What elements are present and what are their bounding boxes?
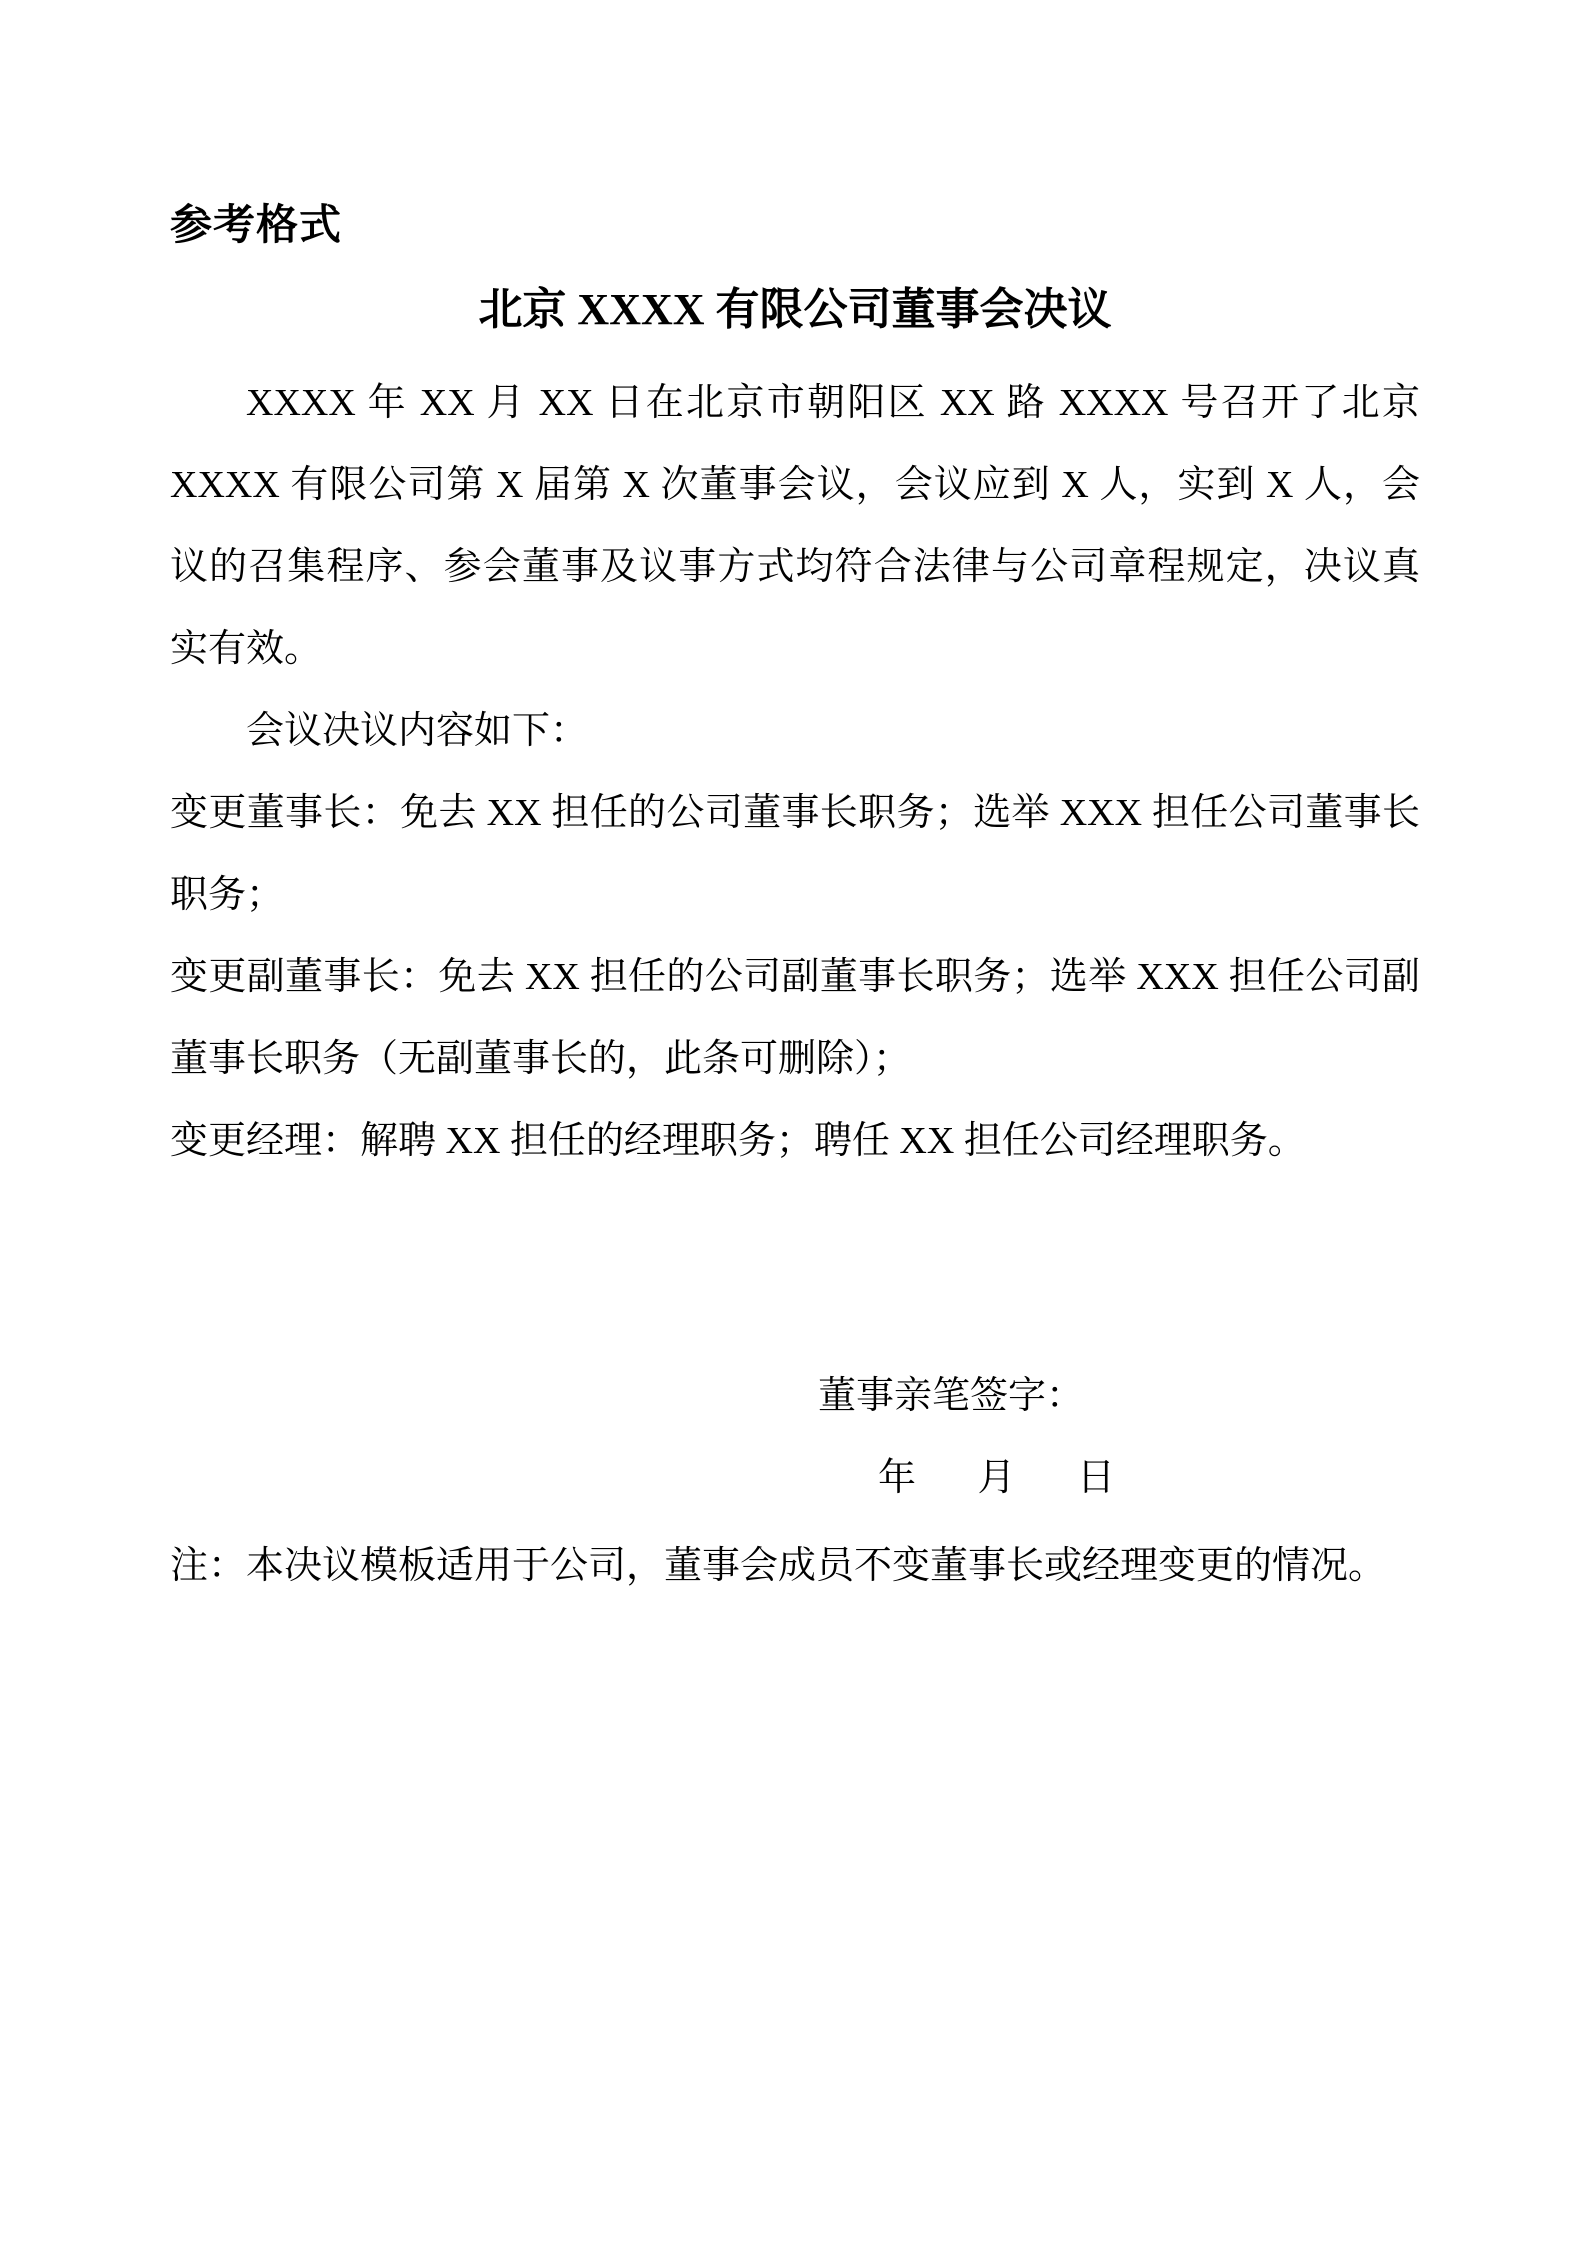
document-body: XXXX 年 XX 月 XX 日在北京市朝阳区 XX 路 XXXX 号召开了北京… (170, 362, 1420, 1607)
paragraph-vice-chairman-change: 变更副董事长：免去 XX 担任的公司副董事长职务；选举 XXX 担任公司副董事长… (170, 936, 1420, 1100)
document-page: 参考格式 北京 XXXX 有限公司董事会决议 XXXX 年 XX 月 XX 日在… (0, 0, 1587, 2245)
signature-label: 董事亲笔签字： (818, 1355, 1420, 1437)
signature-date-line: 年 月 日 (878, 1437, 1420, 1519)
paragraph-manager-change: 变更经理：解聘 XX 担任的经理职务；聘任 XX 担任公司经理职务。 (170, 1100, 1420, 1182)
format-label: 参考格式 (170, 200, 1420, 252)
signature-block: 董事亲笔签字： 年 月 日 (170, 1355, 1420, 1519)
paragraph-resolution-header: 会议决议内容如下： (170, 690, 1420, 772)
paragraph-chairman-change: 变更董事长：免去 XX 担任的公司董事长职务；选举 XXX 担任公司董事长职务； (170, 772, 1420, 936)
note-paragraph: 注：本决议模板适用于公司，董事会成员不变董事长或经理变更的情况。 (170, 1525, 1420, 1607)
document-title: 北京 XXXX 有限公司董事会决议 (170, 282, 1420, 338)
paragraph-meeting-intro: XXXX 年 XX 月 XX 日在北京市朝阳区 XX 路 XXXX 号召开了北京… (170, 362, 1420, 690)
